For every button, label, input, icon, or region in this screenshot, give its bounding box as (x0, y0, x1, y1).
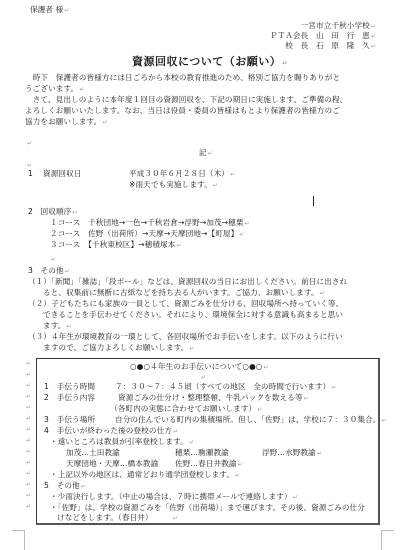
document-page: 保護者 様↵ 一宮市立千秋小学校↵ ＰＴＡ会長 山 田 行 恵↵ 校 長 石 原… (0, 0, 420, 550)
help-place-label: 3 手伝う場所 (44, 415, 95, 425)
help-place-value: 自分の住んでいる町内の集積場所。但し、「佐野」は、学校に７：３０集合。↵ (115, 415, 387, 426)
margin-mark: ↵ (26, 503, 31, 510)
margin-mark: ↵ (26, 459, 31, 466)
empty-paragraph: ↵ (50, 254, 56, 265)
margin-mark: ↵ (26, 448, 31, 455)
help-content-label: 2 手伝う内容 (44, 393, 95, 403)
help-time-value: ７：３０～７：４５頃（すべての地区 全の時間で行います）↵ (115, 382, 336, 393)
other-item-3-line2: ますので、ご協力よろしくお願いします。↵ (43, 343, 195, 354)
escort-kamo: 加茂…土田教諭 (66, 448, 120, 458)
document-title: 資源回収について（お願い）↵ (132, 57, 288, 69)
help-content-value: 資源ごみの仕分け・整理整頓、牛乳パックを数える等↵ (118, 393, 309, 404)
other-item-2-line2: できることを手伝わせてください。それにより、環境保全に対する意識も高まると思い (43, 310, 343, 320)
escort-hokuri: 穂栗…駒瀬教諭 (175, 448, 229, 458)
addressee: 保護者 様↵ (30, 5, 69, 16)
other-item-2-line1: （２）子どもたちにも家族の一員として、資源ごみを仕分ける、回収場所へ持っていく等… (28, 299, 343, 309)
intro-p1-line2: うございます。↵ (25, 84, 84, 95)
section2-heading: 2 回収順序↵ (28, 207, 78, 218)
item5-bullet1: ・少雨決行します。（中止の場合は、７時に携帯メールで連絡します）↵ (50, 492, 298, 503)
margin-mark: ↵ (26, 492, 31, 499)
other-item-3-line1: （３）４年生が環境教育の一環として、各回収場所でお手伝いをします。以下のように行… (28, 332, 343, 342)
escort-sano: 佐野…春日井教諭↵ (175, 459, 243, 470)
other-item-2-line3: ます。↵ (43, 321, 72, 332)
margin-mark: ↵ (26, 404, 31, 411)
margin-mark: ↵ (26, 426, 31, 433)
section1-number: 1 (28, 169, 33, 179)
section3-heading: 3 その他↵ (28, 266, 70, 277)
rain-note: ※雨天でも実施します。↵ (129, 180, 218, 191)
escort-ukino: 浮野…水野教諭↵ (262, 448, 322, 459)
margin-mark: ↵ (26, 371, 31, 378)
item5-bullet2-line1: ・「佐野」は、学校の資源ごみを「佐野（出荷場）」まで運びます。その後、資源ごみの… (50, 503, 365, 513)
margin-mark: ↵ (26, 470, 31, 477)
margin-mark: ↵ (26, 415, 31, 422)
item4-heading: 4 手伝いが終わった後の登校の仕方↵ (44, 426, 178, 437)
margin-mark: ↵ (26, 437, 31, 444)
margin-mark: ↵ (26, 382, 31, 389)
item5-bullet2-line2: けなどをします。（春日井）↵ (57, 513, 178, 524)
principal: 校 長 石 原 隆 久↵ (285, 41, 376, 52)
other-item-1-line2: ると、収集前に無断に古紙などを持ち去る人がいます。ご協力、お願いします。↵ (43, 288, 325, 299)
course-2: ２コース 佐野（出荷所）→天摩→天摩団地→【町屋】↵ (50, 229, 244, 240)
collection-date: 平成３０年６月２８日（木）↵ (129, 169, 235, 180)
help-time-label: 1 手伝う時間 (44, 382, 95, 392)
escort-tenma: 天摩団地・天摩…橋本教諭 (66, 459, 158, 469)
ki-heading: 記↵ (199, 148, 213, 159)
help-content-note: （各町内の実態に合わせてお願いします）↵ (110, 404, 262, 415)
empty-paragraph: ↵ (26, 138, 32, 149)
margin-mark: ↵ (26, 481, 31, 488)
margin-mark: ↵ (26, 393, 31, 400)
margin-mark: ↵ (26, 360, 31, 367)
item4-bullet2: ・上記以外の地区は、通常どおり通学団登校します。↵ (50, 470, 240, 481)
intro-p2-line1: さて、見出しのように本年度１回目の資源回収を、下記の期日に実施します。ご準備の程… (25, 95, 347, 105)
page-corner-mark-right (381, 530, 394, 550)
intro-p2-line2: よろしくお願いいたします。なお、当日は役員・委員の皆様はもとより保護者の皆様方の… (25, 106, 340, 116)
course-3: ３コース 【千秋東校区】→穂積塚本↵ (50, 240, 182, 251)
section1-label: 資源回収日 (43, 169, 81, 179)
item4-bullet1: ・遠いところは教員が引率登校します。↵ (50, 437, 194, 448)
page-corner-mark-left (12, 530, 25, 550)
item5-heading: 5 その他↵ (44, 481, 86, 492)
intro-p2-line3: 協力をお願いします。↵ (25, 117, 107, 128)
other-item-1-line1: （１）「新聞」「雑誌」「段ボール」などは、資源回収の当日にお出しください。前日に… (28, 277, 347, 287)
course-1: １コース 千秋団地→一色→千秋岩倉→浮野→加茂→穂栗↵ (50, 218, 250, 229)
intro-p1-line1: 時下 保護者の皆様方には日ごろから本校の教育推進のため、格別ご協力を賜りありがと (25, 73, 340, 83)
text-cursor (313, 196, 314, 206)
